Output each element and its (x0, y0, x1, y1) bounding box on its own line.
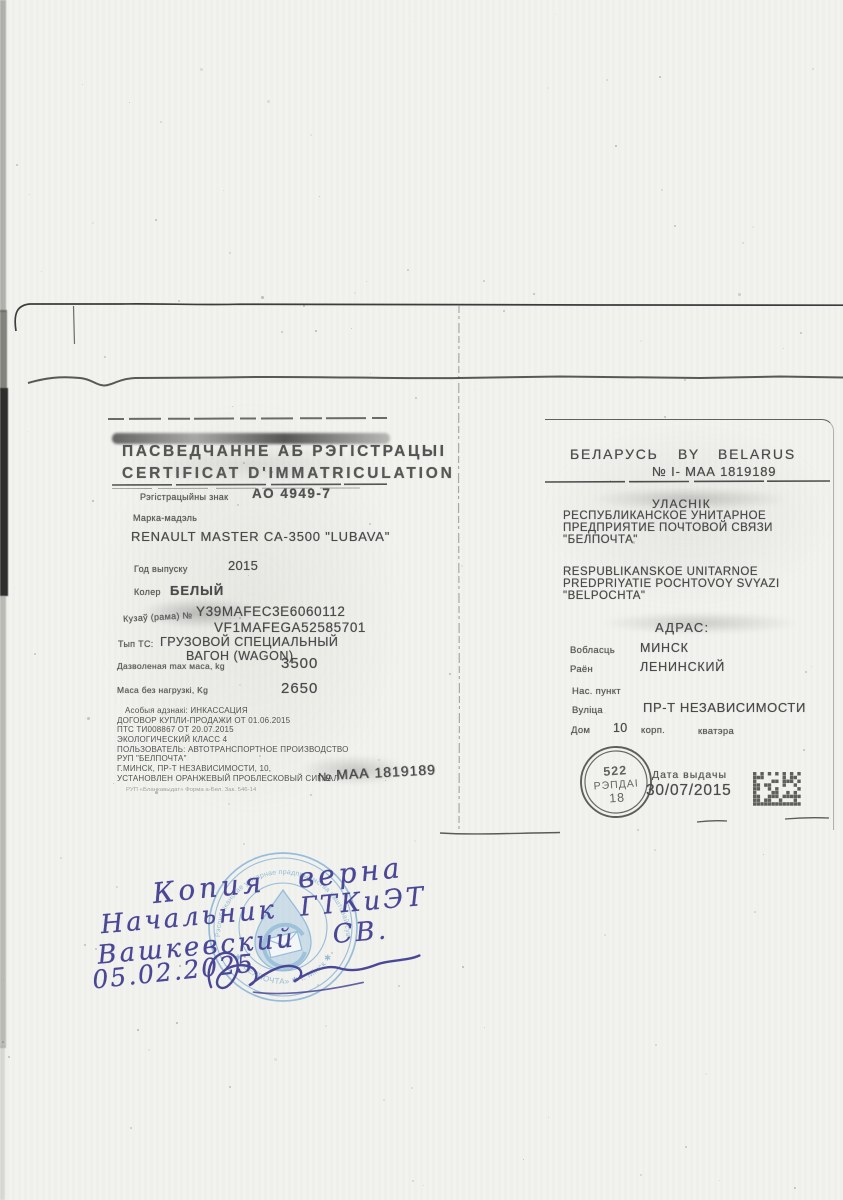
barcode-cell (794, 791, 797, 794)
barcode-cell (797, 772, 800, 775)
special-note-line: УСТАНОВЛЕН ОРАНЖЕВЫЙ ПРОБЛЕСКОВЫЙ СИГНАЛ (117, 774, 349, 784)
building-label: корп. (641, 725, 665, 736)
registration-plate-value: АО 4949-7 (252, 486, 331, 501)
vin-value-1: Y39MAFEC3E6060112 (196, 604, 346, 619)
owner-name-line3: "БЕЛПОЧТА" (563, 534, 638, 546)
barcode-cell (775, 772, 778, 775)
year-label: Год выпуску (134, 564, 188, 574)
barcode-cell (775, 791, 778, 794)
signature (190, 920, 435, 1017)
barcode-cell (753, 776, 756, 779)
special-note-line: Г.МИНСК, ПР-Т НЕЗАВИСИМОСТИ, 10, (117, 764, 349, 774)
region-value: МИНСК (640, 641, 689, 655)
barcode-cell (790, 772, 793, 775)
barcode-cell (775, 787, 778, 790)
barcode-cell (790, 802, 793, 805)
barcode-cell (768, 772, 771, 775)
color-label: Колер (134, 587, 161, 597)
barcode-cell (783, 783, 786, 786)
owner-translit-line3: "BELPOCHTA" (563, 590, 645, 602)
barcode-cell (753, 780, 756, 783)
issuing-office-round-stamp: 522 РЭПДАІ 18 (576, 742, 656, 822)
make-model-value: RENAULT MASTER CA-3500 "LUBAVA" (131, 529, 390, 544)
special-note-line: ПТС ТИ008867 ОТ 20.07.2015 (117, 725, 349, 735)
barcode-cell (783, 780, 786, 783)
special-note-line: ЭКОЛОГИЧЕСКИЙ КЛАСС 4 (117, 735, 349, 745)
barcode-cell (757, 795, 760, 798)
house-value: 10 (613, 721, 628, 735)
barcode-cell (753, 772, 756, 775)
make-model-label: Марка-мадэль (133, 513, 197, 523)
vehicle-type-label: Тып ТС: (118, 639, 154, 649)
owner-name-line1: РЕСПУБЛИКАНСКОЕ УНИТАРНОЕ (563, 510, 766, 522)
barcode-cell (786, 791, 789, 794)
special-note-line: РУП "БЕЛПОЧТА" (117, 754, 349, 764)
barcode-cell (797, 795, 800, 798)
barcode-cell (757, 783, 760, 786)
street-value: ПР-Т НЕЗАВИСИМОСТИ (643, 700, 806, 715)
barcode-cell (797, 787, 800, 790)
barcode-cell (794, 783, 797, 786)
barcode-cell (779, 802, 782, 805)
barcode-cell (771, 795, 774, 798)
barcode-cell (760, 772, 763, 775)
barcode-cell (790, 780, 793, 783)
issue-date-value: 30/07/2015 (646, 782, 732, 800)
apartment-label: кватэра (698, 726, 734, 737)
barcode-cell (753, 783, 756, 786)
barcode-cell (760, 776, 763, 779)
barcode-cell (771, 791, 774, 794)
data-matrix-code (753, 772, 801, 806)
barcode-cell (768, 798, 771, 801)
certificate-number: № І- МАА 1819189 (652, 464, 776, 479)
barcode-cell (786, 795, 789, 798)
country-name-en: BELARUS (718, 446, 796, 462)
barcode-cell (757, 776, 760, 779)
barcode-cell (760, 802, 763, 805)
owner-translit-line2: PREDPRIYATIE POCHTOVOY SVYAZI (563, 578, 780, 590)
barcode-cell (779, 798, 782, 801)
barcode-cell (783, 772, 786, 775)
stamp-number: 522 (603, 763, 628, 779)
barcode-cell (771, 802, 774, 805)
barcode-cell (753, 802, 756, 805)
barcode-cell (790, 776, 793, 779)
barcode-cell (775, 802, 778, 805)
region-label: Вобласць (570, 645, 615, 656)
barcode-cell (794, 802, 797, 805)
barcode-cell (775, 780, 778, 783)
barcode-cell (753, 791, 756, 794)
barcode-cell (794, 798, 797, 801)
country-name-by: БЕЛАРУСЬ (570, 446, 659, 462)
special-note-line: Асобыя адзнакі: ИНКАССАЦИЯ (117, 706, 349, 716)
vin-value-2: VF1MAFEGA52585701 (214, 620, 366, 635)
barcode-cell (753, 798, 756, 801)
barcode-cell (771, 780, 774, 783)
barcode-cell (783, 802, 786, 805)
owner-label: УЛАСНІК (652, 497, 711, 511)
barcode-cell (768, 783, 771, 786)
district-value: ЛЕНИНСКИЙ (640, 660, 725, 674)
unladen-mass-value: 2650 (281, 680, 318, 697)
issue-date-label: Дата выдачы (652, 769, 727, 781)
max-mass-label: Дазволеная max маса, kg (117, 661, 225, 671)
barcode-cell (764, 802, 767, 805)
barcode-cell (783, 795, 786, 798)
special-notes: Асобыя адзнакі: ИНКАССАЦИЯ ДОГОВОР КУПЛИ… (117, 706, 349, 784)
registration-plate-label: Рэгістрацыйны знак (140, 492, 228, 502)
barcode-cell (797, 802, 800, 805)
color-value: БЕЛЫЙ (170, 583, 224, 598)
barcode-cell (775, 795, 778, 798)
scanned-document-page: ПАСВЕДЧАННЕ АБ РЭГІСТРАЦЫІ CERTIFICAT D'… (0, 0, 843, 1200)
special-note-line: ДОГОВОР КУПЛИ-ПРОДАЖИ ОТ 01.06.2015 (117, 716, 349, 726)
barcode-cell (753, 787, 756, 790)
owner-name-line2: ПРЕДПРИЯТИЕ ПОЧТОВОЙ СВЯЗИ (563, 522, 773, 534)
vehicle-type-value-1: ГРУЗОВОЙ СПЕЦИАЛЬНЫЙ (160, 635, 338, 649)
barcode-cell (753, 795, 756, 798)
doc-number-label: № (318, 770, 332, 785)
barcode-cell (797, 780, 800, 783)
barcode-cell (757, 787, 760, 790)
barcode-cell (768, 787, 771, 790)
locality-label: Нас. пункт (572, 686, 621, 697)
barcode-cell (764, 783, 767, 786)
special-note-line: ПОЛЬЗОВАТЕЛЬ: АВТОТРАНСПОРТНОЕ ПРОИЗВОДС… (117, 745, 349, 755)
house-label: Дом (571, 725, 590, 736)
address-label: АДРАС: (655, 620, 709, 635)
district-label: Раён (570, 664, 593, 675)
barcode-cell (790, 795, 793, 798)
certificate-title-by: ПАСВЕДЧАННЕ АБ РЭГІСТРАЦЫІ (122, 443, 447, 461)
country-code: BY (678, 446, 700, 462)
street-label: Вуліца (572, 705, 603, 716)
barcode-cell (794, 776, 797, 779)
barcode-cell (794, 795, 797, 798)
unladen-mass-label: Маса без нагрузкі, Kg (117, 685, 208, 695)
printer-imprint: РУП «Бланкавыдат» Форма а-Бел. Зак. 546-… (126, 787, 256, 792)
max-mass-value: 3500 (281, 655, 318, 672)
barcode-cell (757, 798, 760, 801)
barcode-cell (768, 802, 771, 805)
stamp-code: 18 (609, 790, 626, 805)
barcode-cell (757, 802, 760, 805)
barcode-cell (783, 776, 786, 779)
year-value: 2015 (228, 558, 258, 573)
certificate-title-fr: CERTIFICAT D'IMMATRICULATION (122, 465, 455, 483)
barcode-cell (768, 795, 771, 798)
barcode-cell (786, 802, 789, 805)
owner-translit-line1: RESPUBLIKANSKOE UNITARNOE (563, 566, 758, 578)
barcode-cell (786, 780, 789, 783)
barcode-cell (764, 798, 767, 801)
